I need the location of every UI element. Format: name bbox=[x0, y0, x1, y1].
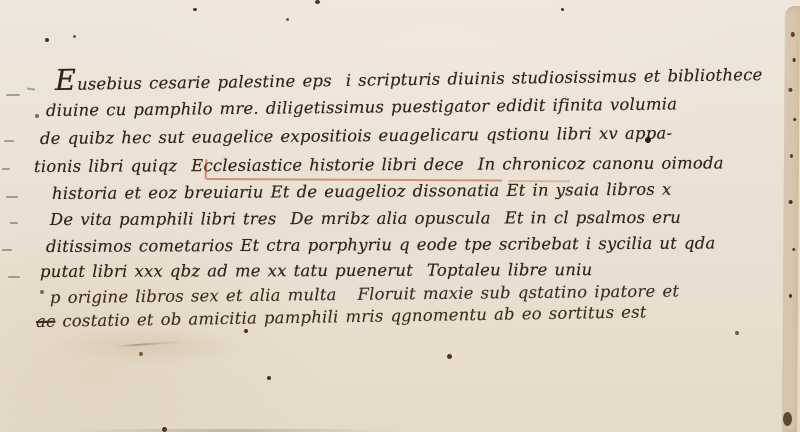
edge-speck bbox=[791, 32, 795, 37]
red-underline-faint bbox=[508, 180, 570, 182]
manuscript-line-8: putat libri xxx qbz ad me xx tatu puener… bbox=[40, 260, 593, 281]
manuscript-line-1: Eusebius cesarie palestine eps i scriptu… bbox=[55, 60, 763, 94]
wormhole-speck bbox=[45, 38, 49, 42]
wormhole-speck bbox=[139, 352, 143, 356]
manuscript-line-5: historia et eoz breuiariu Et de euagelio… bbox=[52, 180, 672, 203]
manuscript-line-3: de quibz hec sut euagelice expositiois e… bbox=[40, 123, 672, 148]
margin-mark bbox=[10, 222, 18, 224]
manuscript-page: Eusebius cesarie palestine eps i scriptu… bbox=[0, 0, 800, 432]
wormhole-speck bbox=[315, 0, 320, 4]
manuscript-line-10-text: costatio et ob amicitia pamphili mris qg… bbox=[55, 302, 647, 330]
edge-speck bbox=[788, 88, 792, 92]
margin-mark bbox=[4, 140, 14, 142]
manuscript-line-6: De vita pamphili libri tres De mribz ali… bbox=[50, 208, 681, 229]
margin-mark bbox=[2, 168, 10, 170]
margin-mark bbox=[6, 94, 20, 96]
wormhole-speck bbox=[447, 354, 452, 359]
manuscript-line-4: tionis libri quiqz Ecclesiastice histori… bbox=[34, 153, 724, 176]
page-edge-strip bbox=[782, 6, 800, 432]
edge-speck bbox=[790, 154, 793, 158]
bullet-dot bbox=[35, 114, 39, 118]
manuscript-line-7: ditissimos cometarios Et ctra porphyriu … bbox=[46, 233, 716, 256]
wormhole-speck bbox=[267, 376, 271, 380]
wormhole-speck bbox=[735, 331, 739, 335]
wormhole-speck bbox=[286, 18, 289, 21]
smudge bbox=[115, 341, 185, 348]
red-paragraph-mark bbox=[205, 159, 208, 179]
wormhole-speck bbox=[193, 8, 197, 11]
edge-speck bbox=[793, 118, 796, 121]
margin-mark bbox=[8, 276, 20, 278]
struck-word: ac bbox=[36, 312, 56, 331]
bottom-right-corner-mark bbox=[783, 412, 792, 426]
manuscript-line-2: diuine cu pamphilo mre. diligetissimus p… bbox=[46, 94, 677, 120]
edge-speck bbox=[789, 294, 792, 298]
edge-speck bbox=[789, 200, 793, 204]
manuscript-line-10: ac costatio et ob amicitia pamphili mris… bbox=[36, 302, 647, 331]
ink-blot bbox=[645, 137, 651, 143]
wormhole-speck bbox=[73, 35, 76, 38]
wormhole-speck bbox=[561, 8, 564, 11]
edge-speck bbox=[792, 248, 795, 251]
bullet-dot bbox=[40, 290, 44, 294]
edge-speck bbox=[793, 58, 796, 62]
wormhole-speck bbox=[244, 329, 248, 333]
margin-mark bbox=[27, 87, 35, 90]
margin-mark bbox=[2, 249, 12, 251]
margin-mark bbox=[6, 196, 18, 198]
